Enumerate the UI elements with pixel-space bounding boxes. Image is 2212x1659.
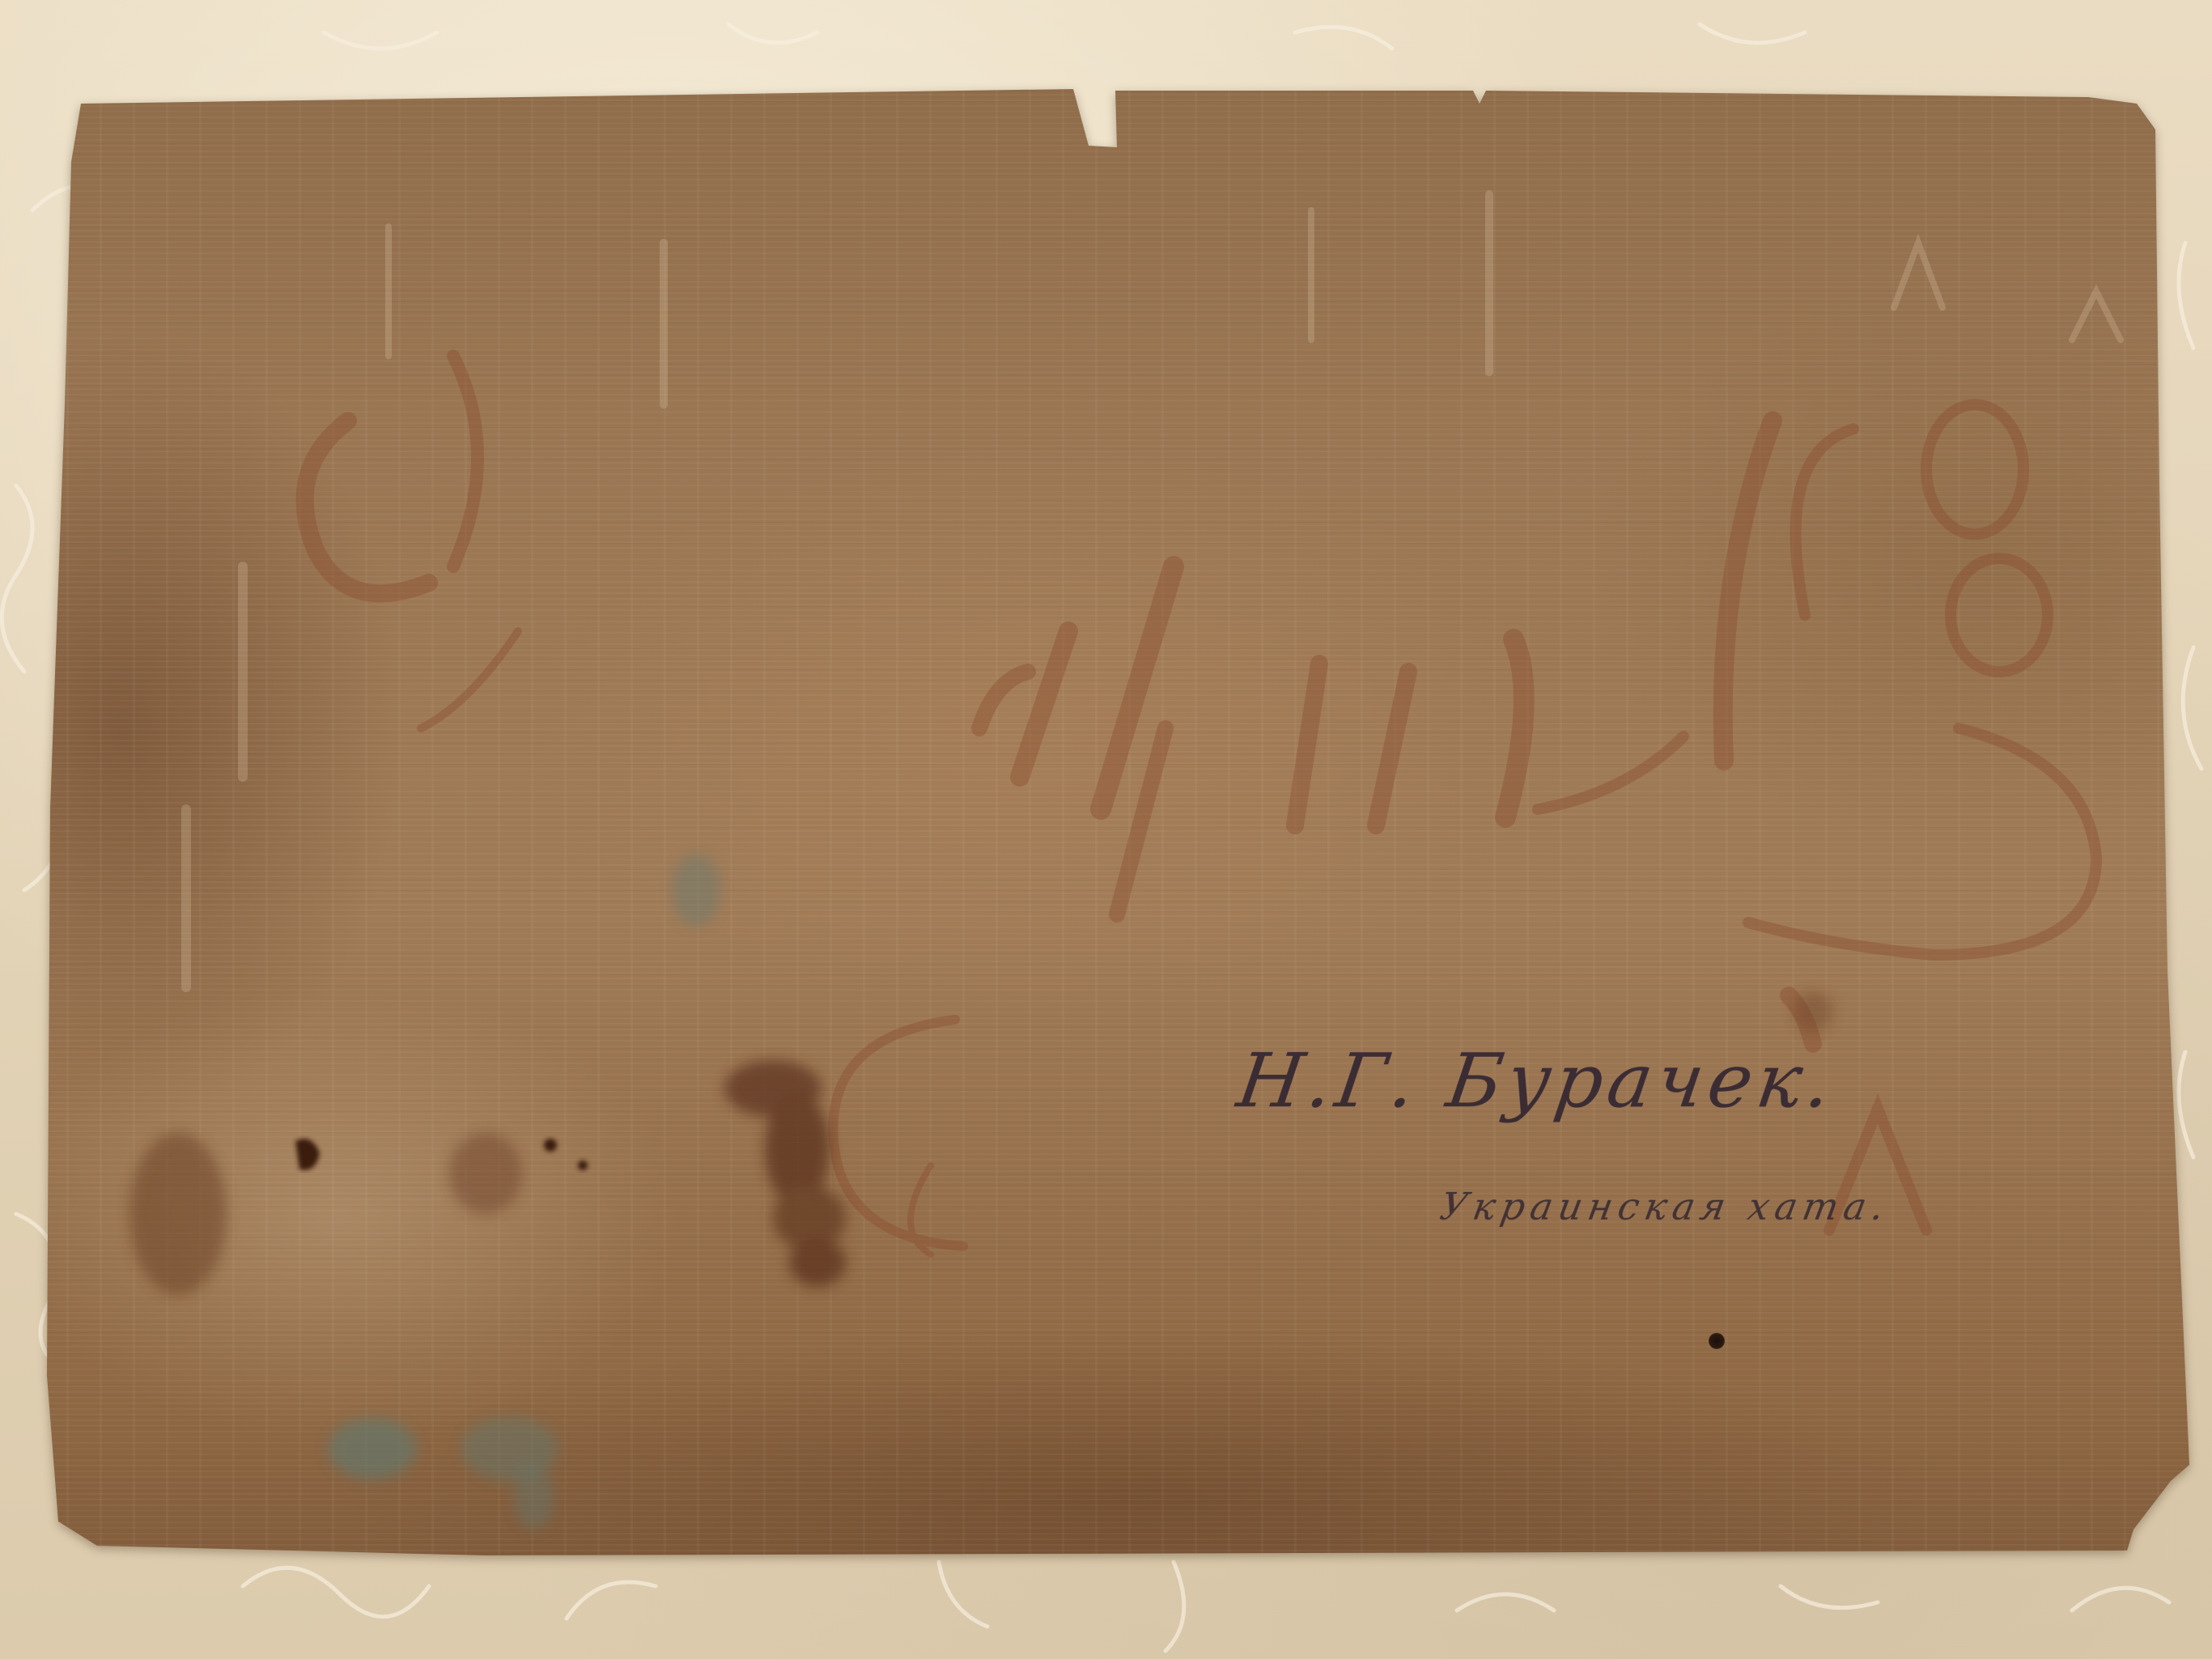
painting-title: Украинская хата.	[1437, 1188, 1892, 1225]
panel-surface: Н.Г. Бурачек. Украинская хата.	[0, 0, 2212, 1659]
wooden-panel: Н.Г. Бурачек. Украинская хата.	[0, 0, 2212, 1659]
nail-hole	[1709, 1333, 1725, 1349]
author-signature: Н.Г. Бурачек.	[1233, 1044, 1841, 1118]
water-stains	[0, 0, 2212, 1659]
